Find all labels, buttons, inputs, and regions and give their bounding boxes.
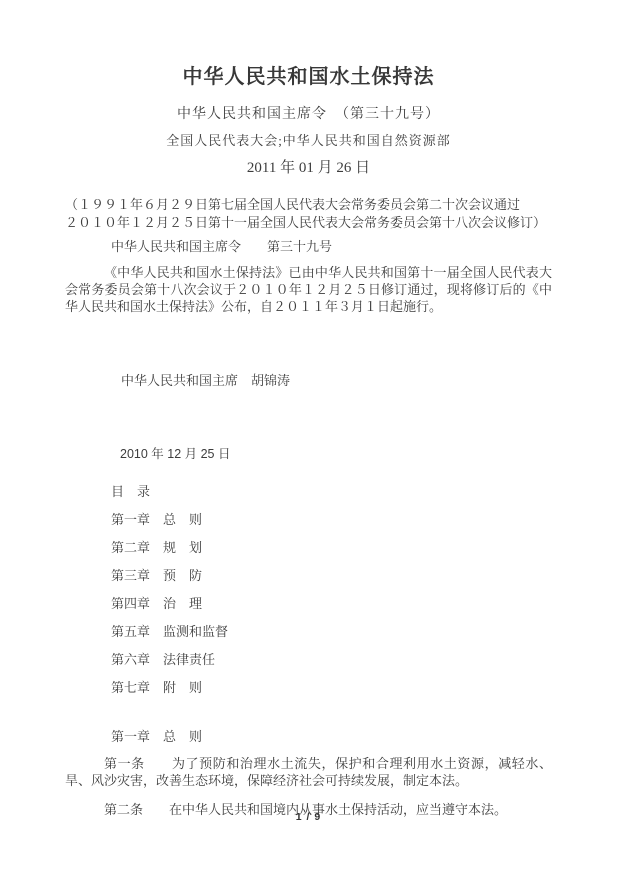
page-number: 1 / 9 — [0, 811, 617, 823]
article-1-paragraph: 第一条 为了预防和治理水土流失，保护和合理利用水土资源，减轻水、旱、风沙灾害，改… — [65, 755, 552, 789]
toc-item-chapter-5: 第五章 监测和监督 — [111, 623, 552, 640]
toc-item-chapter-6: 第六章 法律责任 — [111, 651, 552, 668]
issuer-line: 全国人民代表大会;中华人民共和国自然资源部 — [65, 132, 552, 150]
decree-subtitle: 中华人民共和国主席令 （第三十九号） — [65, 105, 552, 124]
toc-heading: 目 录 — [111, 483, 552, 500]
signature-date: 2010 年 12 月 25 日 — [120, 446, 552, 463]
promulgation-paragraph: 《中华人民共和国水土保持法》已由中华人民共和国第十一届全国人民代表大会常务委员会… — [65, 264, 552, 315]
document-page: 中华人民共和国水土保持法 中华人民共和国主席令 （第三十九号） 全国人民代表大会… — [0, 0, 617, 883]
toc-item-chapter-2: 第二章 规 划 — [111, 539, 552, 556]
enactment-note-line-2: ２０１０年１２月２５日第十一届全国人民代表大会常务委员会第十八次会议修订） — [65, 214, 552, 232]
toc-item-chapter-7: 第七章 附 则 — [111, 679, 552, 696]
chapter-1-heading: 第一章 总 则 — [111, 728, 552, 745]
enactment-note: （１９９１年６月２９日第七届全国人民代表大会常务委员会第二十次会议通过 ２０１０… — [65, 196, 552, 232]
toc-item-chapter-3: 第三章 预 防 — [111, 567, 552, 584]
enactment-note-line-1: （１９９１年６月２９日第七届全国人民代表大会常务委员会第二十次会议通过 — [65, 196, 552, 214]
decree-number-line: 中华人民共和国主席令 第三十九号 — [111, 238, 552, 255]
publish-date: 2011 年 01 月 26 日 — [65, 158, 552, 178]
document-title: 中华人民共和国水土保持法 — [65, 64, 552, 91]
toc-item-chapter-4: 第四章 治 理 — [111, 595, 552, 612]
toc-item-chapter-1: 第一章 总 则 — [111, 511, 552, 528]
signature-line: 中华人民共和国主席 胡锦涛 — [121, 372, 552, 389]
